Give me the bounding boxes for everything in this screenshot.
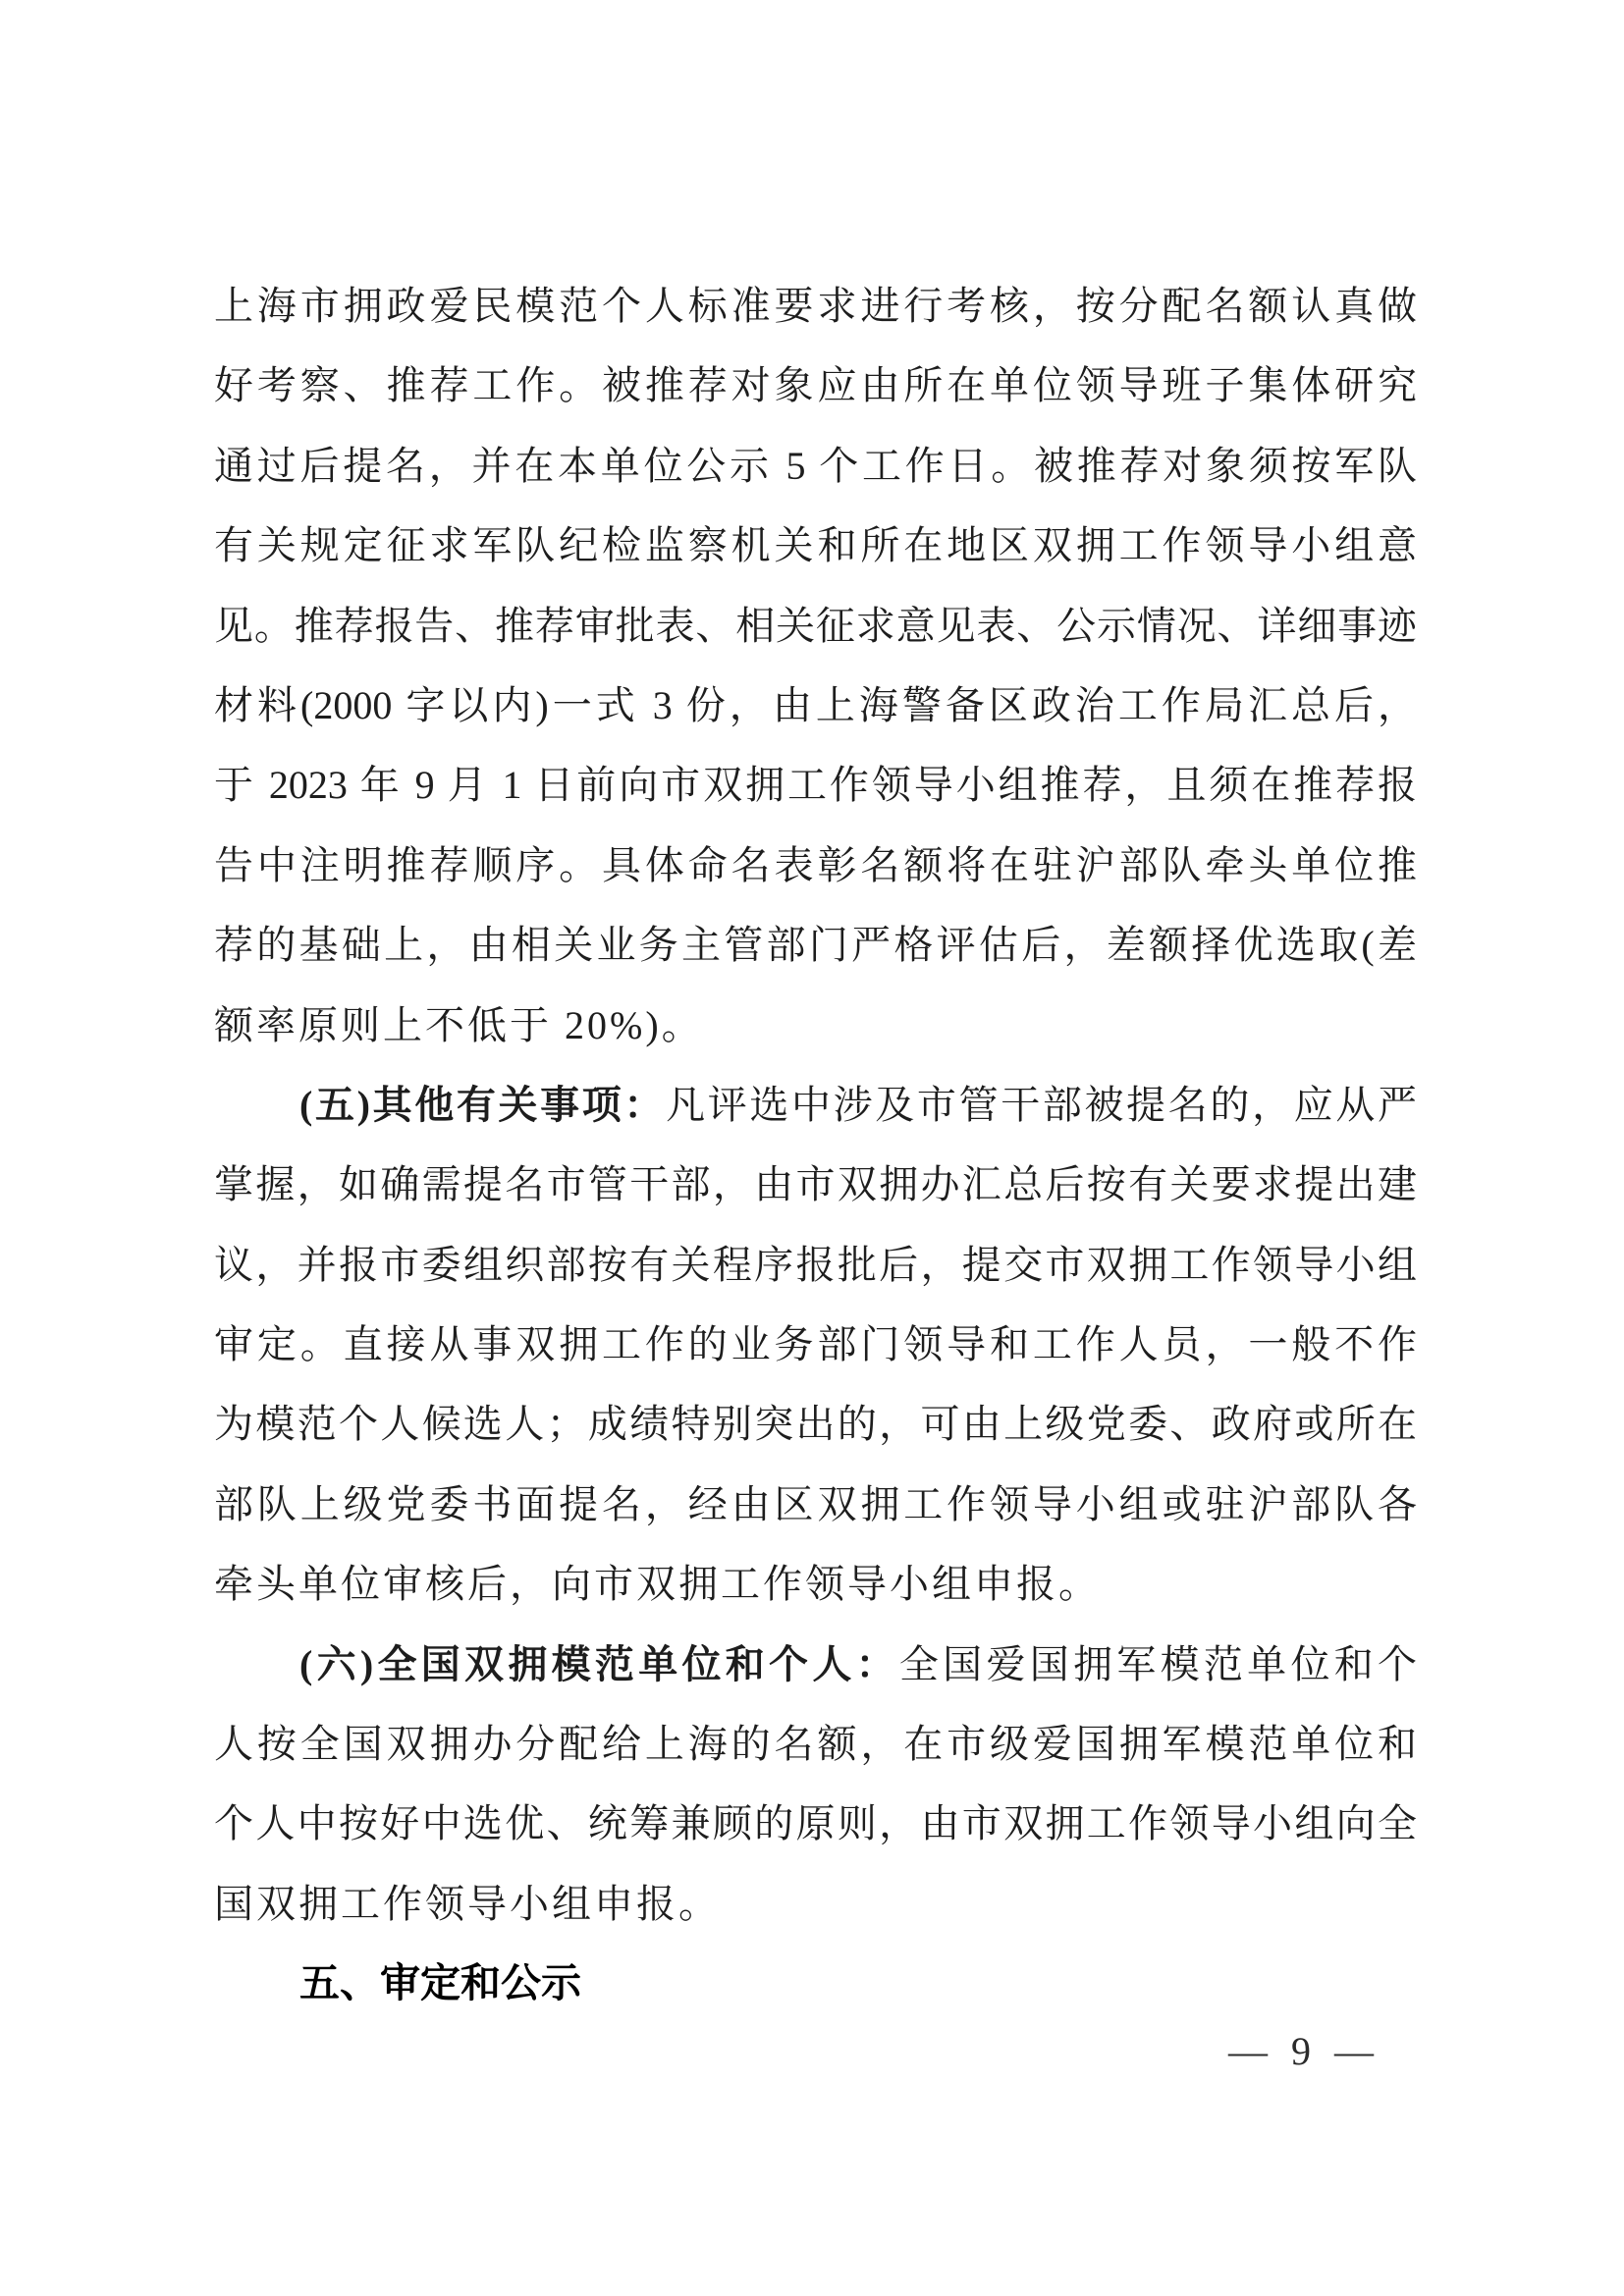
text-line: 人按全国双拥办分配给上海的名额，在市级爱国拥军模范单位和 [214, 1704, 1417, 1784]
text-line: (六)全国双拥模范单位和个人：全国爱国拥军模范单位和个 [214, 1625, 1417, 1704]
text-run: 材料(2000 字以内)一式 3 份，由上海警备区政治工作局汇总后， [214, 683, 1417, 727]
text-run: 好考察、推荐工作。被推荐对象应由所在单位领导班子集体研究 [214, 363, 1417, 407]
section-heading: 五、审定和公示 [214, 1944, 1417, 2023]
text-line: 掌握，如确需提名市管干部，由市双拥办汇总后按有关要求提出建 [214, 1145, 1417, 1224]
text-line: (五)其他有关事项：凡评选中涉及市管干部被提名的，应从严 [214, 1065, 1417, 1145]
text-line: 荐的基础上，由相关业务主管部门严格评估后，差额择优选取(差 [214, 905, 1417, 985]
text-run: 人按全国双拥办分配给上海的名额，在市级爱国拥军模范单位和 [214, 1722, 1417, 1766]
text-run: 额率原则上不低于 20%)。 [214, 1003, 704, 1047]
text-run: 上海市拥政爱民模范个人标准要求进行考核，按分配名额认真做 [214, 284, 1417, 328]
text-run: 为模范个人候选人；成绩特别突出的，可由上级党委、政府或所在 [214, 1402, 1417, 1446]
text-run: 凡评选中涉及市管干部被提名的，应从严 [666, 1083, 1417, 1127]
text-run: 议，并报市委组织部按有关程序报批后，提交市双拥工作领导小组 [214, 1243, 1417, 1287]
text-line: 好考察、推荐工作。被推荐对象应由所在单位领导班子集体研究 [214, 346, 1417, 425]
text-line: 为模范个人候选人；成绩特别突出的，可由上级党委、政府或所在 [214, 1384, 1417, 1464]
text-run: 部队上级党委书面提名，经由区双拥工作领导小组或驻沪部队各 [214, 1482, 1417, 1526]
text-line: 额率原则上不低于 20%)。 [214, 986, 1417, 1065]
text-line: 上海市拥政爱民模范个人标准要求进行考核，按分配名额认真做 [214, 266, 1417, 346]
document-page: 上海市拥政爱民模范个人标准要求进行考核，按分配名额认真做好考察、推荐工作。被推荐… [0, 0, 1624, 2296]
text-line: 国双拥工作领导小组申报。 [214, 1864, 1417, 1944]
text-line: 议，并报市委组织部按有关程序报批后，提交市双拥工作领导小组 [214, 1225, 1417, 1305]
text-line: 审定。直接从事双拥工作的业务部门领导和工作人员，一般不作 [214, 1305, 1417, 1384]
page-number: — 9 — [1218, 2032, 1384, 2071]
text-run: 见。推荐报告、推荐审批表、相关征求意见表、公示情况、详细事迹 [214, 604, 1417, 648]
text-line: 告中注明推荐顺序。具体命名表彰名额将在驻沪部队牵头单位推 [214, 826, 1417, 905]
text-line: 个人中按好中选优、统筹兼顾的原则，由市双拥工作领导小组向全 [214, 1784, 1417, 1863]
text-run: 有关规定征求军队纪检监察机关和所在地区双拥工作领导小组意 [214, 523, 1417, 567]
bold-text-run: (六)全国双拥模范单位和个人： [299, 1642, 899, 1686]
text-run: 全国爱国拥军模范单位和个 [899, 1642, 1417, 1686]
text-line: 于 2023 年 9 月 1 日前向市双拥工作领导小组推荐，且须在推荐报 [214, 745, 1417, 825]
text-run: 个人中按好中选优、统筹兼顾的原则，由市双拥工作领导小组向全 [214, 1801, 1417, 1845]
text-run: 于 2023 年 9 月 1 日前向市双拥工作领导小组推荐，且须在推荐报 [214, 763, 1417, 807]
text-run: 告中注明推荐顺序。具体命名表彰名额将在驻沪部队牵头单位推 [214, 843, 1417, 887]
text-line: 材料(2000 字以内)一式 3 份，由上海警备区政治工作局汇总后， [214, 666, 1417, 745]
text-run: 国双拥工作领导小组申报。 [214, 1882, 721, 1926]
text-run: 通过后提名，并在本单位公示 5 个工作日。被推荐对象须按军队 [214, 444, 1417, 488]
text-line: 见。推荐报告、推荐审批表、相关征求意见表、公示情况、详细事迹 [214, 586, 1417, 666]
text-line: 部队上级党委书面提名，经由区双拥工作领导小组或驻沪部队各 [214, 1465, 1417, 1544]
text-line: 通过后提名，并在本单位公示 5 个工作日。被推荐对象须按军队 [214, 426, 1417, 506]
text-line: 有关规定征求军队纪检监察机关和所在地区双拥工作领导小组意 [214, 506, 1417, 585]
text-run: 牵头单位审核后，向市双拥工作领导小组申报。 [214, 1562, 1101, 1606]
text-run: 掌握，如确需提名市管干部，由市双拥办汇总后按有关要求提出建 [214, 1162, 1417, 1206]
bold-text-run: (五)其他有关事项： [299, 1083, 666, 1127]
text-run: 荐的基础上，由相关业务主管部门严格评估后，差额择优选取(差 [214, 923, 1417, 967]
document-body: 上海市拥政爱民模范个人标准要求进行考核，按分配名额认真做好考察、推荐工作。被推荐… [214, 266, 1417, 2024]
text-line: 牵头单位审核后，向市双拥工作领导小组申报。 [214, 1544, 1417, 1624]
text-run: 审定。直接从事双拥工作的业务部门领导和工作人员，一般不作 [214, 1322, 1417, 1366]
